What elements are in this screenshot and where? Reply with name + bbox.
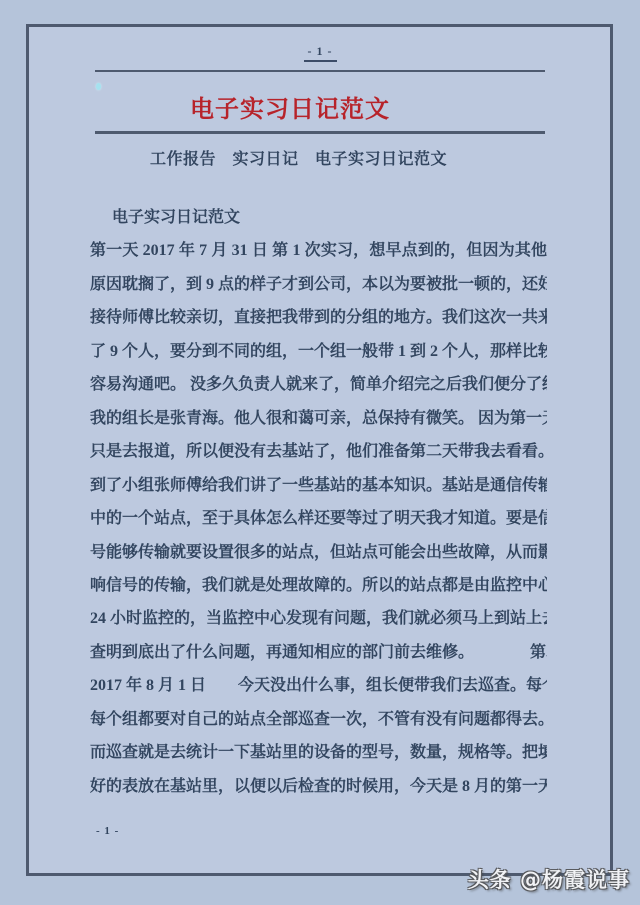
document-title: 电子实习日记范文 bbox=[90, 96, 490, 124]
body-line: 24 小时监控的，当监控中心发现有问题，我们就必须马上到站上去 bbox=[90, 602, 547, 635]
body-line: 号能够传输就要设置很多的站点，但站点可能会出些故障，从而影 bbox=[90, 536, 547, 569]
body-line: 中的一个站点，至于具体怎么样还要等过了明天我才知道。要是信 bbox=[90, 502, 547, 535]
body-line: 只是去报道，所以便没有去基站了，他们准备第二天带我去看看。 bbox=[90, 435, 547, 468]
body-line: 原因耽搁了，到 9 点的样子才到公司，本以为要被批一顿的，还好， bbox=[90, 268, 547, 301]
body-line: 接待师傅比较亲切，直接把我带到的分组的地方。我们这次一共来 bbox=[90, 301, 547, 334]
body-line: 第一天 2017 年 7 月 31 日 第 1 次实习，想早点到的，但因为其他 bbox=[90, 234, 547, 267]
header-page-number: - 1 - bbox=[304, 44, 337, 62]
title-divider-line bbox=[95, 131, 545, 134]
body-line: 响信号的传输，我们就是处理故障的。所以的站点都是由监控中心 bbox=[90, 569, 547, 602]
body-line: 查明到底出了什么问题，再通知相应的部门前去维修。 第二天 bbox=[90, 636, 547, 669]
header-page-number-row: - 1 - bbox=[0, 42, 640, 62]
footer-page-number: - 1 - bbox=[96, 825, 119, 837]
document-body: 电子实习日记范文 第一天 2017 年 7 月 31 日 第 1 次实习，想早点… bbox=[90, 201, 547, 803]
body-line: 了 9 个人，要分到不同的组，一个组一般带 1 到 2 个人，那样比较 bbox=[90, 335, 547, 368]
document-subtitle-breadcrumb: 工作报告 实习日记 电子实习日记范文 bbox=[150, 146, 447, 169]
body-line: 容易沟通吧。 没多久负责人就来了，简单介绍完之后我们便分了组， bbox=[90, 368, 547, 401]
body-line: 到了小组张师傅给我们讲了一些基站的基本知识。基站是通信传输 bbox=[90, 469, 547, 502]
paragraph-heading: 电子实习日记范文 bbox=[90, 201, 547, 234]
body-line: 而巡查就是去统计一下基站里的设备的型号，数量，规格等。把填 bbox=[90, 736, 547, 769]
body-line: 每个组都要对自己的站点全部巡查一次，不管有没有问题都得去。 bbox=[90, 703, 547, 736]
header-divider-line bbox=[95, 70, 545, 72]
document-page: - 1 - 电子实习日记范文 工作报告 实习日记 电子实习日记范文 电子实习日记… bbox=[0, 0, 640, 905]
body-line: 2017 年 8 月 1 日 今天没出什么事，组长便带我们去巡查。每个月 bbox=[90, 669, 547, 702]
body-line: 我的组长是张青海。他人很和蔼可亲，总保持有微笑。 因为第一天 bbox=[90, 402, 547, 435]
toutiao-watermark: 头条 @杨霞说事 bbox=[468, 864, 630, 894]
cursor-artifact-dot bbox=[96, 83, 101, 90]
body-line: 好的表放在基站里，以便以后检查的时候用，今天是 8 月的第一天， bbox=[90, 770, 547, 803]
